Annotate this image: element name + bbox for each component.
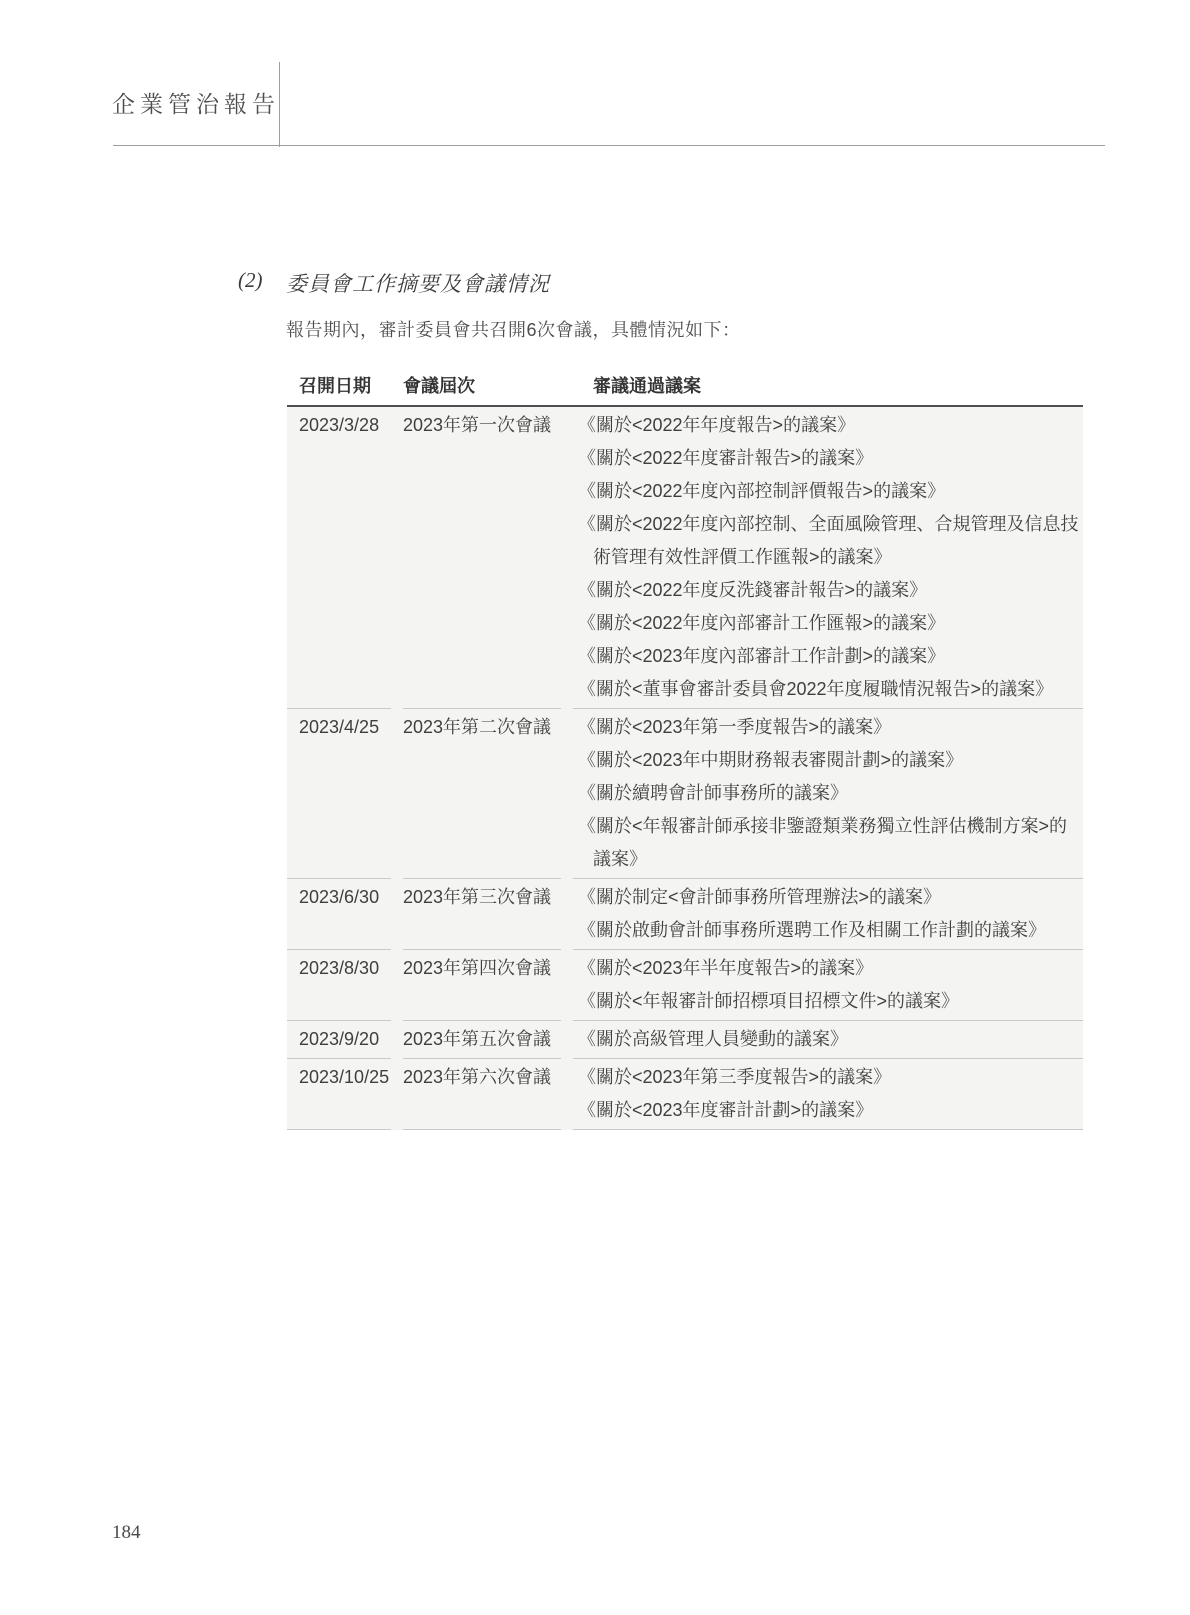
resolution-item: 《關於<2022年年度報告>的議案》 (593, 409, 1079, 442)
section-intro: 報告期內，審計委員會共召開6次會議，具體情況如下： (286, 316, 741, 342)
resolution-item: 《關於啟動會計師事務所選聘工作及相關工作計劃的議案》 (593, 914, 1079, 947)
resolution-item: 《關於<董事會審計委員會2022年度履職情況報告>的議案》 (593, 673, 1079, 706)
report-page: 企業管治報告 (2) 委員會工作摘要及會議情況 報告期內，審計委員會共召開6次會… (0, 0, 1190, 1615)
table-row: 2023/4/25 2023年第二次會議 《關於<2023年第一季度報告>的議案… (287, 708, 1083, 878)
column-header-date: 召開日期 (287, 374, 391, 398)
resolution-item: 《關於<2023年第三季度報告>的議案》 (593, 1061, 1079, 1094)
resolutions-cell: 《關於<2022年年度報告>的議案》 《關於<2022年度審計報告>的議案》 《… (573, 407, 1083, 708)
resolution-item: 《關於<2023年度審計計劃>的議案》 (593, 1094, 1079, 1127)
column-header-resolutions: 審議通過議案 (573, 374, 1083, 398)
page-title: 企業管治報告 (112, 86, 280, 119)
page-number: 184 (112, 1522, 141, 1544)
meeting-session-cell: 2023年第五次會議 (403, 1020, 561, 1058)
resolution-item: 《關於<2023年半年度報告>的議案》 (593, 952, 1079, 985)
resolution-item: 《關於<2022年度審計報告>的議案》 (593, 442, 1079, 475)
resolutions-cell: 《關於高級管理人員變動的議案》 (573, 1020, 1083, 1058)
table-row: 2023/10/25 2023年第六次會議 《關於<2023年第三季度報告>的議… (287, 1058, 1083, 1130)
meeting-session-cell: 2023年第二次會議 (403, 708, 561, 878)
meeting-session-cell: 2023年第四次會議 (403, 949, 561, 1020)
section-number: (2) (238, 268, 286, 298)
resolution-item: 《關於<2023年中期財務報表審閱計劃>的議案》 (593, 744, 1079, 777)
resolutions-cell: 《關於<2023年第一季度報告>的議案》 《關於<2023年中期財務報表審閱計劃… (573, 708, 1083, 878)
resolutions-cell: 《關於制定<會計師事務所管理辦法>的議案》 《關於啟動會計師事務所選聘工作及相關… (573, 878, 1083, 949)
column-header-session: 會議屆次 (403, 374, 561, 398)
table-row: 2023/3/28 2023年第一次會議 《關於<2022年年度報告>的議案》 … (287, 407, 1083, 708)
resolution-item: 《關於<年報審計師承接非鑒證類業務獨立性評估機制方案>的議案》 (593, 810, 1079, 876)
header-vertical-divider (279, 62, 280, 147)
resolutions-cell: 《關於<2023年第三季度報告>的議案》 《關於<2023年度審計計劃>的議案》 (573, 1058, 1083, 1130)
resolution-item: 《關於<2022年度內部審計工作匯報>的議案》 (593, 607, 1079, 640)
section-title: 委員會工作摘要及會議情況 (286, 268, 550, 298)
table-header-row: 召開日期 會議屆次 審議通過議案 (287, 374, 1083, 407)
meeting-date-cell: 2023/4/25 (287, 708, 391, 878)
resolutions-cell: 《關於<2023年半年度報告>的議案》 《關於<年報審計師招標項目招標文件>的議… (573, 949, 1083, 1020)
resolution-item: 《關於<2022年度內部控制評價報告>的議案》 (593, 475, 1079, 508)
meeting-date-cell: 2023/9/20 (287, 1020, 391, 1058)
meeting-session-cell: 2023年第一次會議 (403, 407, 561, 708)
meeting-date-cell: 2023/8/30 (287, 949, 391, 1020)
meeting-date-cell: 2023/10/25 (287, 1058, 391, 1130)
resolution-item: 《關於高級管理人員變動的議案》 (593, 1023, 1079, 1056)
meeting-session-cell: 2023年第三次會議 (403, 878, 561, 949)
meeting-date-cell: 2023/3/28 (287, 407, 391, 708)
table-row: 2023/8/30 2023年第四次會議 《關於<2023年半年度報告>的議案》… (287, 949, 1083, 1020)
header-horizontal-rule (113, 145, 1105, 146)
resolution-item: 《關於<年報審計師招標項目招標文件>的議案》 (593, 985, 1079, 1018)
resolution-item: 《關於<2022年度反洗錢審計報告>的議案》 (593, 574, 1079, 607)
resolution-item: 《關於<2023年第一季度報告>的議案》 (593, 711, 1079, 744)
table-body: 2023/3/28 2023年第一次會議 《關於<2022年年度報告>的議案》 … (287, 407, 1083, 1130)
resolution-item: 《關於續聘會計師事務所的議案》 (593, 777, 1079, 810)
meeting-date-cell: 2023/6/30 (287, 878, 391, 949)
section-heading: (2) 委員會工作摘要及會議情況 (238, 268, 550, 298)
resolution-item: 《關於<2023年度內部審計工作計劃>的議案》 (593, 640, 1079, 673)
table-row: 2023/6/30 2023年第三次會議 《關於制定<會計師事務所管理辦法>的議… (287, 878, 1083, 949)
resolution-item: 《關於<2022年度內部控制、全面風險管理、合規管理及信息技術管理有效性評價工作… (593, 508, 1079, 574)
resolution-item: 《關於制定<會計師事務所管理辦法>的議案》 (593, 881, 1079, 914)
meeting-session-cell: 2023年第六次會議 (403, 1058, 561, 1130)
table-row: 2023/9/20 2023年第五次會議 《關於高級管理人員變動的議案》 (287, 1020, 1083, 1058)
audit-committee-meeting-table: 召開日期 會議屆次 審議通過議案 2023/3/28 2023年第一次會議 《關… (287, 374, 1083, 1130)
